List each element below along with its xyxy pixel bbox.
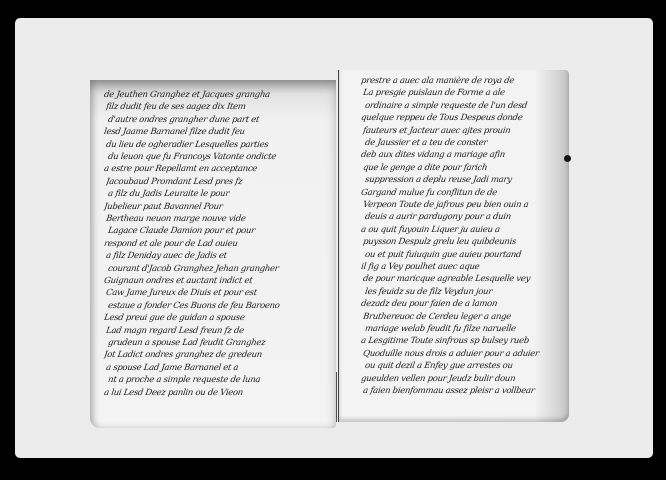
manuscript-line: de Jeuthen Granghez et Jacques grangha: [103, 90, 327, 101]
manuscript-line: a filz du Jadis Leuraite le pour: [107, 189, 331, 200]
manuscript-line: du lieu de ogheradier Lesquelles parties: [105, 140, 329, 151]
manuscript-line: Lad magn regard Lesd freun fz de: [105, 326, 329, 337]
manuscript-line: suppression a deplu reuse Jadi mary: [364, 175, 562, 186]
manuscript-line: quelque reppeu de Tous Despeus donde: [360, 113, 558, 124]
right-manuscript-page: prestre a auec ala manière de roya deLa …: [338, 70, 569, 422]
manuscript-line: ou quit dezil a Enfey gue arrestes ou: [364, 361, 562, 372]
manuscript-line: Gargand mulue fu conflitun de de: [360, 188, 558, 199]
manuscript-line: Guignaun ondres et auctant indict et: [103, 276, 327, 287]
manuscript-line: a lui Lesd Deez panlin ou de Vieon: [103, 388, 327, 399]
manuscript-line: Jot Ladict ondres granghez de gredeun: [103, 350, 327, 361]
manuscript-line: a estre pour Repellamt en acceptance: [103, 164, 327, 175]
manuscript-line: de Jaussier et a teu de conster: [364, 138, 562, 149]
manuscript-line: a spouse Lad Jame Barnanel et a: [105, 363, 329, 374]
manuscript-line: du leuon que fu Francoys Vatonte ondicte: [107, 152, 331, 163]
manuscript-line: Caw Jame Jureux de Diuis et pour est: [105, 288, 329, 299]
manuscript-line: Bertheau neuon marge nouve vide: [105, 214, 329, 225]
manuscript-line: Verpeon Toute de jafrous peu bien ouin a: [362, 200, 560, 211]
manuscript-line: fauteurs et Jacteur auec ajtes prouin: [362, 126, 560, 137]
manuscript-line: Quoduille nous drois a aduier pour a adu…: [362, 349, 560, 360]
manuscript-line: a Lesgitime Toute sinfrous sp bulsey rue…: [360, 336, 558, 347]
manuscript-line: les feuidz su de filz Veydun jour: [364, 287, 562, 298]
manuscript-line: grudeun a spouse Lad feudit Granghez: [107, 338, 331, 349]
manuscript-line: Lagace Claude Damion pour et pour: [107, 226, 331, 237]
manuscript-line: a ou quit fuyouin Liquer ju auieu a: [360, 225, 558, 236]
manuscript-line: respond et ale pour de Lad ouieu: [103, 239, 327, 250]
manuscript-line: ordinaire a simple requeste de l'un desd: [364, 101, 562, 112]
manuscript-line: deuis a aurir pardugony pour a duin: [364, 212, 562, 223]
left-manuscript-page: de Jeuthen Granghez et Jacques granghafi…: [90, 80, 336, 428]
manuscript-line: il fig a Vey poulhet auec aque: [360, 262, 558, 273]
page-fold-line: [336, 372, 337, 422]
manuscript-line: Lesd preui gue de guidan a spouse: [103, 313, 327, 324]
manuscript-line: Bruthereuoc de Cerdeu leger a ange: [362, 312, 560, 323]
manuscript-line: de pour maricque agreable Lesquelle vey: [362, 274, 560, 285]
manuscript-line: d'autre ondres grangher dune part et: [107, 115, 331, 126]
manuscript-line: ou et puit fuiuquin gue auieu pourtand: [364, 250, 562, 261]
manuscript-line: prestre a auec ala manière de roya de: [360, 76, 558, 87]
manuscript-line: gueulden vellen pour Jeudz bulir doun: [360, 374, 558, 385]
manuscript-line: lesd Jaame Barnanel filze dudit feu: [103, 127, 327, 138]
manuscript-line: puysson Despulz grelu leu quibdeunis: [362, 237, 560, 248]
ink-blot: [564, 155, 571, 162]
manuscript-line: a filz Deniday auec de Jadis et: [105, 251, 329, 262]
manuscript-line: estaue a fonder Ces Buons de feu Baroeno: [107, 301, 331, 312]
manuscript-line: Jacoubaud Promdant Lesd pres fz: [105, 177, 329, 188]
manuscript-line: dezadz deu pour faien de a lamon: [360, 299, 558, 310]
manuscript-line: Jubelieur paut Bavannel Pour: [103, 202, 327, 213]
manuscript-line: nt a proche a simple requeste de luna: [107, 375, 331, 386]
manuscript-line: La presgie puislaun de Forme a ale: [362, 88, 560, 99]
manuscript-line: mariage welab feudit fu filze naruelle: [364, 324, 562, 335]
manuscript-line: courant d'Jacob Granghez Jehan grangher: [107, 264, 331, 275]
manuscript-line: filz dudit feu de ses aagez dix Item: [105, 102, 329, 113]
manuscript-line: a faien bienfommau assez pleisr a vollbe…: [362, 386, 560, 397]
manuscript-line: que le genge a dite pour farich: [362, 163, 560, 174]
manuscript-line: deb aux dites vidang a mariage afin: [360, 150, 558, 161]
